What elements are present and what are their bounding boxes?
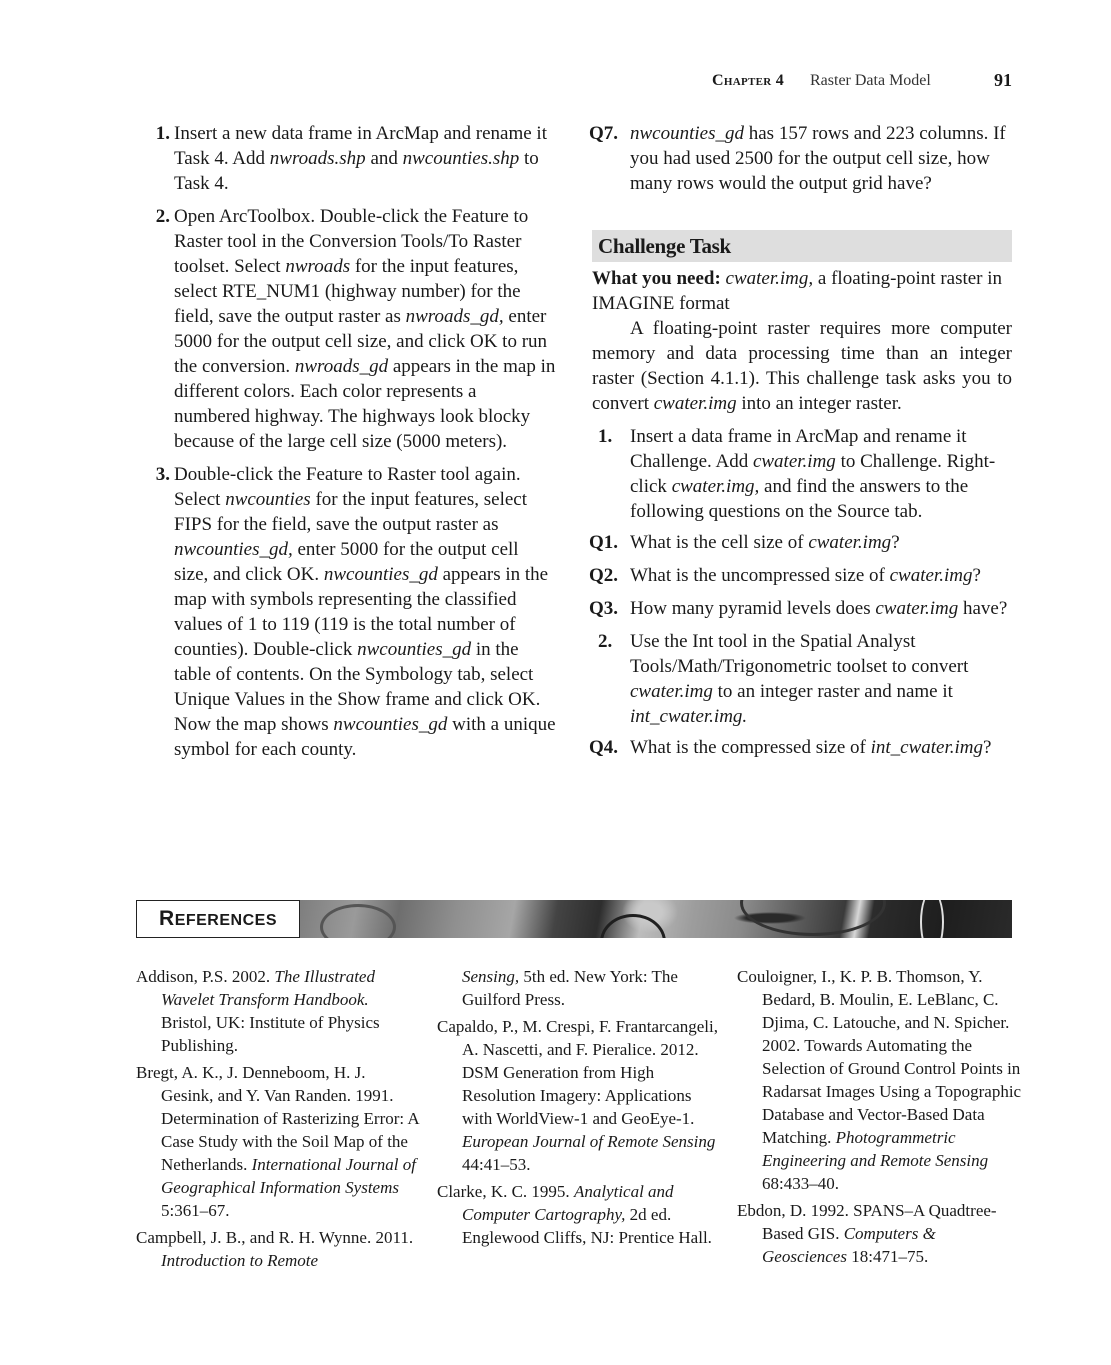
question-text: What is the compressed size of int_cwate… [630, 735, 1012, 760]
question-text: nwcounties_gd has 157 rows and 223 colum… [630, 121, 1012, 196]
references-heading-initial: R [159, 907, 175, 930]
left-column: 1. Insert a new data frame in ArcMap and… [136, 121, 556, 770]
question-text: How many pyramid levels does cwater.img … [630, 596, 1012, 621]
what-you-need: What you need: cwater.img, a floating-po… [592, 266, 1012, 316]
question-number: Q7. [589, 121, 629, 146]
question-number: Q3. [589, 596, 629, 621]
step-number: 2. [136, 204, 174, 229]
step-text: Open ArcToolbox. Double-click the Featur… [174, 204, 556, 454]
task-step: 1. Insert a new data frame in ArcMap and… [136, 121, 556, 196]
task-step: 3. Double-click the Feature to Raster to… [136, 462, 556, 762]
reference-entry: Capaldo, P., M. Crespi, F. Frantarcangel… [437, 1015, 722, 1176]
reference-entry: Couloigner, I., K. P. B. Thomson, Y. Bed… [737, 965, 1022, 1195]
reference-entry: Campbell, J. B., and R. H. Wynne. 2011. … [136, 1226, 421, 1272]
question-text: What is the uncompressed size of cwater.… [630, 563, 1012, 588]
challenge-intro: A floating-point raster requires more co… [592, 316, 1012, 416]
task-step: 2. Open ArcToolbox. Double-click the Fea… [136, 204, 556, 454]
question-text: What is the cell size of cwater.img? [630, 530, 1012, 555]
step-text: Use the Int tool in the Spatial Analyst … [630, 629, 1012, 729]
references-heading-rest: EFERENCES [175, 912, 277, 929]
references-column-3: Couloigner, I., K. P. B. Thomson, Y. Bed… [737, 965, 1022, 1272]
question-number: Q2. [589, 563, 629, 588]
chapter-label: Chapter 4 [712, 72, 784, 90]
question-q2: Q2. What is the uncompressed size of cwa… [592, 563, 1012, 588]
page-number: 91 [994, 70, 1012, 91]
what-you-need-label: What you need: [592, 268, 721, 289]
running-header: Chapter 4 Raster Data Model 91 [712, 70, 1012, 94]
reference-entry: Bregt, A. K., J. Denneboom, H. J. Gesink… [136, 1061, 421, 1222]
reference-entry: Clarke, K. C. 1995. Analytical and Compu… [437, 1180, 722, 1249]
references-column-1: Addison, P.S. 2002. The Illustrated Wave… [136, 965, 421, 1276]
reference-entry: Ebdon, D. 1992. SPANS–A Quadtree-Based G… [737, 1199, 1022, 1268]
question-number: Q4. [589, 735, 629, 760]
references-heading: REFERENCES [136, 900, 300, 938]
references-column-2: Sensing, 5th ed. New York: The Guilford … [437, 965, 722, 1253]
satellite-imagery-strip [300, 900, 1012, 938]
question-number: Q1. [589, 530, 629, 555]
challenge-step-2: 2. Use the Int tool in the Spatial Analy… [592, 629, 1012, 729]
step-text: Double-click the Feature to Raster tool … [174, 462, 556, 762]
step-number: 2. [598, 629, 612, 654]
question-q1: Q1. What is the cell size of cwater.img? [592, 530, 1012, 555]
right-column: Q7. nwcounties_gd has 157 rows and 223 c… [592, 121, 1012, 768]
question-q3: Q3. How many pyramid levels does cwater.… [592, 596, 1012, 621]
challenge-task-heading: Challenge Task [592, 230, 1012, 262]
step-text: Insert a data frame in ArcMap and rename… [630, 424, 1012, 524]
step-number: 3. [136, 462, 174, 487]
challenge-items: 1. Insert a data frame in ArcMap and ren… [592, 424, 1012, 760]
step-text: Insert a new data frame in ArcMap and re… [174, 121, 556, 196]
step-number: 1. [598, 424, 612, 449]
question-q7: Q7. nwcounties_gd has 157 rows and 223 c… [592, 121, 1012, 196]
references-banner: REFERENCES [136, 900, 1012, 938]
chapter-title: Raster Data Model [810, 72, 931, 90]
challenge-step-1: 1. Insert a data frame in ArcMap and ren… [592, 424, 1012, 524]
reference-entry: Addison, P.S. 2002. The Illustrated Wave… [136, 965, 421, 1057]
reference-entry-continued: Sensing, 5th ed. New York: The Guilford … [437, 965, 722, 1011]
question-q4: Q4. What is the compressed size of int_c… [592, 735, 1012, 760]
step-number: 1. [136, 121, 174, 146]
